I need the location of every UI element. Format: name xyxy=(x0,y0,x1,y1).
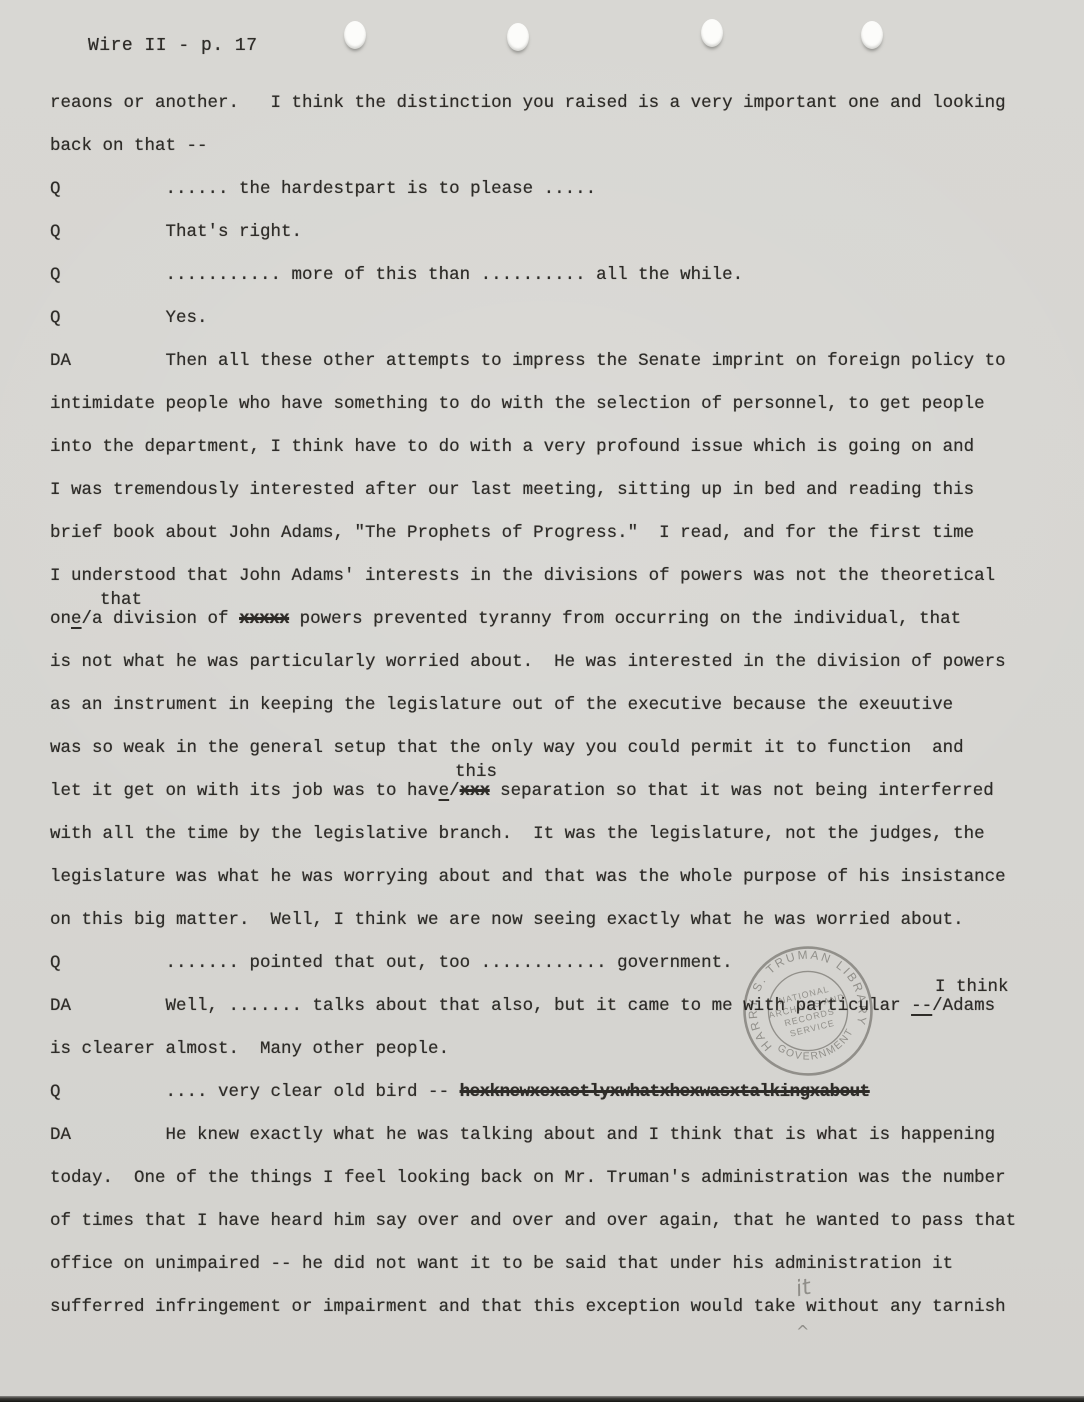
transcript-line: into the department, I think have to do … xyxy=(50,426,1040,469)
transcript-line: on this big matter. Well, I think we are… xyxy=(50,899,1040,942)
typed-text: on xyxy=(50,609,71,629)
punch-hole xyxy=(507,23,529,51)
typed-text: Q .... very clear old bird -- xyxy=(50,1082,460,1102)
typed-text: Q ...... the hardestpart is to please ..… xyxy=(50,179,596,199)
typed-text: today. One of the things I feel looking … xyxy=(50,1168,1006,1188)
transcript-line: let it get on with its job was to have/x… xyxy=(50,770,1040,813)
typed-text: Q That's right. xyxy=(50,222,302,242)
typed-text: DA He knew exactly what he was talking a… xyxy=(50,1125,995,1145)
transcript-line: Q That's right. xyxy=(50,211,1040,254)
transcript-line: DA Well, ....... talks about that also, … xyxy=(50,985,1040,1028)
underlined-text: e xyxy=(71,609,82,629)
transcript-line: Q ........... more of this than ........… xyxy=(50,254,1040,297)
typed-text: / xyxy=(449,781,460,801)
typed-text: I was tremendously interested after our … xyxy=(50,480,974,500)
typed-text: intimidate people who have something to … xyxy=(50,394,985,414)
typed-text: powers prevented tyranny from occurring … xyxy=(289,609,961,629)
transcript-line: legislature was what he was worrying abo… xyxy=(50,856,1040,899)
transcript-line: office on unimpaired -- he did not want … xyxy=(50,1243,1040,1286)
transcript-line: with all the time by the legislative bra… xyxy=(50,813,1040,856)
transcript-line: brief book about John Adams, "The Prophe… xyxy=(50,512,1040,555)
transcript-line: reaons or another. I think the distincti… xyxy=(50,82,1040,125)
typed-text: I understood that John Adams' interests … xyxy=(50,566,995,586)
transcript-line: Q .... very clear old bird -- hexknewxex… xyxy=(50,1071,1040,1114)
typed-text: /Adams xyxy=(932,996,995,1016)
transcript-line: today. One of the things I feel looking … xyxy=(50,1157,1040,1200)
transcript-line: intimidate people who have something to … xyxy=(50,383,1040,426)
pencil-caret-mark: ^ xyxy=(796,1322,809,1341)
transcript-line: Q Yes. xyxy=(50,297,1040,340)
typed-text: back on that -- xyxy=(50,136,208,156)
transcript-line: is not what he was particularly worried … xyxy=(50,641,1040,684)
transcript-line: I understood that John Adams' interests … xyxy=(50,555,1040,598)
page-bottom-edge xyxy=(0,1396,1084,1402)
typed-text: of times that I have heard him say over … xyxy=(50,1211,1016,1231)
interlined-insertion: this xyxy=(455,762,497,782)
transcript-line: Q ....... pointed that out, too ........… xyxy=(50,942,1040,985)
typed-text: was so weak in the general setup that th… xyxy=(50,738,964,758)
typed-text: Q ........... more of this than ........… xyxy=(50,265,743,285)
transcript-line: Q ...... the hardestpart is to please ..… xyxy=(50,168,1040,211)
punch-hole xyxy=(344,21,366,49)
punch-hole xyxy=(701,19,723,47)
transcript-line: one/a division of xxxxx powers prevented… xyxy=(50,598,1040,641)
typed-text: as an instrument in keeping the legislat… xyxy=(50,695,953,715)
typed-text: /a division of xyxy=(82,609,240,629)
typed-text: into the department, I think have to do … xyxy=(50,437,974,457)
typed-transcript-page: Wire II - p. 17 reaons or another. I thi… xyxy=(0,0,1084,1402)
transcript-line: was so weak in the general setup that th… xyxy=(50,727,1040,770)
transcript-line: back on that -- xyxy=(50,125,1040,168)
page-header: Wire II - p. 17 xyxy=(88,36,258,56)
struck-out-text: xxx xyxy=(460,781,490,801)
typed-text: is clearer almost. Many other people. xyxy=(50,1039,449,1059)
interlined-insertion: that xyxy=(100,590,142,610)
transcript-line: I was tremendously interested after our … xyxy=(50,469,1040,512)
transcript: reaons or another. I think the distincti… xyxy=(50,82,1040,1329)
typed-text: DA Then all these other attempts to impr… xyxy=(50,351,1006,371)
transcript-line: DA Then all these other attempts to impr… xyxy=(50,340,1040,383)
typed-text: brief book about John Adams, "The Prophe… xyxy=(50,523,974,543)
typed-text: separation so that it was not being inte… xyxy=(490,781,994,801)
typed-text: Q ....... pointed that out, too ........… xyxy=(50,953,733,973)
transcript-line: as an instrument in keeping the legislat… xyxy=(50,684,1040,727)
punch-hole xyxy=(861,21,883,49)
typed-text: Q Yes. xyxy=(50,308,208,328)
interlined-insertion: I think xyxy=(935,977,1009,997)
underlined-text: -- xyxy=(911,996,932,1016)
typed-text: sufferred infringement or impairment and… xyxy=(50,1297,1006,1317)
typed-text: with all the time by the legislative bra… xyxy=(50,824,985,844)
typed-text: reaons or another. I think the distincti… xyxy=(50,93,1006,113)
transcript-line: of times that I have heard him say over … xyxy=(50,1200,1040,1243)
typed-text: office on unimpaired -- he did not want … xyxy=(50,1254,953,1274)
underlined-text: e xyxy=(439,781,450,801)
struck-out-text: xxxxx xyxy=(239,609,289,629)
typed-text: is not what he was particularly worried … xyxy=(50,652,1006,672)
typed-text: legislature was what he was worrying abo… xyxy=(50,867,1006,887)
transcript-line: DA He knew exactly what he was talking a… xyxy=(50,1114,1040,1157)
typed-text: let it get on with its job was to hav xyxy=(50,781,439,801)
transcript-line: sufferred infringement or impairment and… xyxy=(50,1286,1040,1329)
